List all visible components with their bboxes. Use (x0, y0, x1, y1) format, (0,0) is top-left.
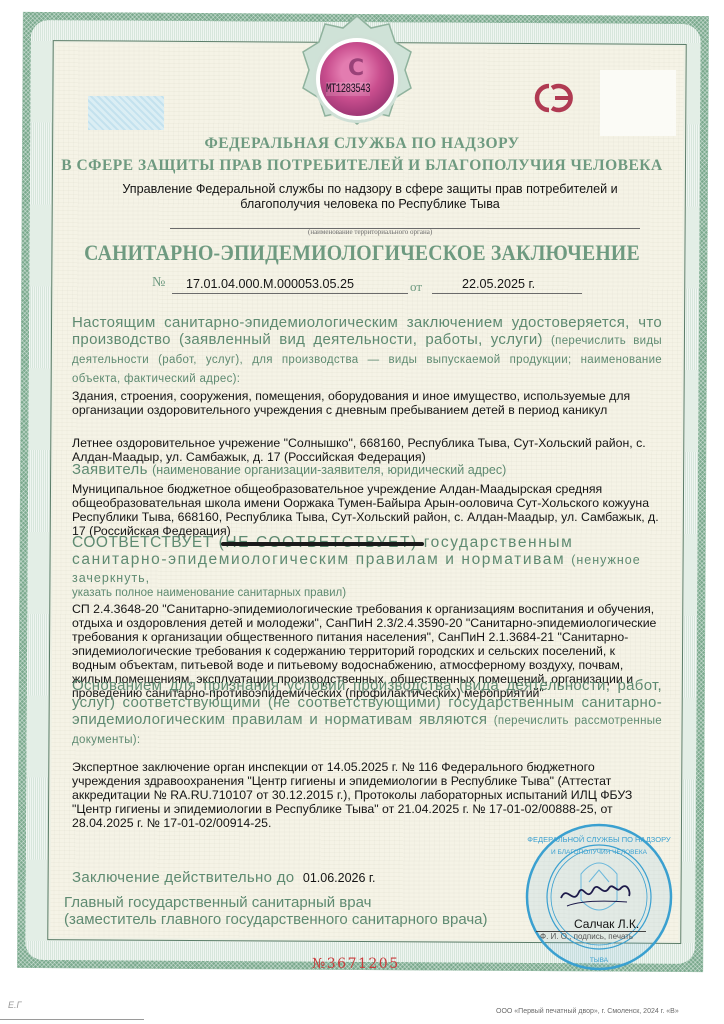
intro-section: Настоящим санитарно-эпидемиологическим з… (72, 314, 662, 464)
blank-patch (600, 70, 676, 136)
signatory-title: Главный государственный санитарный врач … (64, 894, 534, 928)
document-number-row: № 17.01.04.000.М.000053.05.25 от 22.05.2… (150, 275, 630, 295)
hologram-sticker: С MT1283543 (316, 38, 398, 120)
conformity-statement: СООТВЕТСТВУЕТ (НЕ СООТВЕТСТВУЕТ) государ… (72, 534, 662, 587)
applicant-section: Заявитель (наименование организации-заяв… (72, 461, 662, 538)
conformity-section: СООТВЕТСТВУЕТ (НЕ СООТВЕТСТВУЕТ) государ… (72, 534, 662, 700)
applicant-label-row: Заявитель (наименование организации-заяв… (72, 461, 662, 479)
conformity-hint: указать полное наименование санитарных п… (72, 587, 662, 599)
org-title-line2: В СФЕРЕ ЗАЩИТЫ ПРАВ ПОТРЕБИТЕЛЕЙ И БЛАГО… (0, 157, 724, 175)
printer-imprint: ООО «Первый печатный двор», г. Смоленск,… (496, 1008, 679, 1015)
form-serial-number: №3671205 (312, 956, 400, 972)
validity-date: 01.06.2026 г. (303, 871, 376, 885)
se-logo-icon (528, 80, 580, 116)
applicant-hint: (наименование организации-заявителя, юри… (152, 463, 506, 477)
applicant-label: Заявитель (72, 461, 148, 478)
document-date: 22.05.2025 г. (462, 277, 535, 291)
scan-edge-line (0, 1019, 144, 1020)
basis-lead: Основанием для признания условий произво… (72, 677, 662, 749)
svg-text:ТЫВА: ТЫВА (590, 957, 609, 964)
basis-documents: Экспертное заключение орган инспекции от… (72, 760, 662, 830)
hologram-serial: MT1283543 (326, 82, 370, 96)
validity-label: Заключение действительно до (72, 869, 294, 886)
document-number: 17.01.04.000.М.000053.05.25 (186, 277, 354, 291)
signatory-name: Салчак Л.К. (574, 917, 639, 931)
territorial-body: Управление Федеральной службы по надзору… (90, 182, 650, 212)
svg-text:ФЕДЕРАЛЬНОЙ СЛУЖБЫ ПО НАДЗОРУ: ФЕДЕРАЛЬНОЙ СЛУЖБЫ ПО НАДЗОРУ (527, 835, 671, 844)
svg-text:И БЛАГОПОЛУЧИЯ ЧЕЛОВЕКА: И БЛАГОПОЛУЧИЯ ЧЕЛОВЕКА (551, 849, 648, 856)
struck-non-conformity: НЕ СООТВЕТСТВУЕТ) (225, 534, 417, 551)
signatory-title-line2: (заместитель главного государственного с… (64, 911, 534, 928)
security-pattern-patch (88, 96, 164, 130)
activity-description: Здания, строения, сооружения, помещения,… (72, 389, 662, 417)
date-label: от (410, 279, 422, 295)
intro-lead: Настоящим санитарно-эпидемиологическим з… (72, 314, 662, 388)
signatory-title-line1: Главный государственный санитарный врач (64, 894, 534, 911)
validity-row: Заключение действительно до 01.06.2026 г… (72, 869, 472, 887)
applicant-value: Муниципальное бюджетное общеобразователь… (72, 482, 662, 538)
conformity-status: СООТВЕТСТВУЕТ (72, 534, 213, 551)
document-title: САНИТАРНО-ЭПИДЕМИОЛОГИЧЕСКОЕ ЗАКЛЮЧЕНИЕ (36, 240, 688, 266)
territorial-caption: (наименование территориального органа) (308, 228, 432, 236)
corner-handwritten-mark: Е.Г (8, 1000, 21, 1010)
number-label: № (152, 275, 165, 291)
hologram-c-icon: С (348, 56, 364, 81)
official-seal-icon: ФЕДЕРАЛЬНОЙ СЛУЖБЫ ПО НАДЗОРУ И БЛАГОПОЛ… (519, 822, 679, 972)
date-underline (432, 293, 582, 294)
object-address: Летнее оздоровительное учрежение "Солныш… (72, 436, 662, 464)
signature-underline (536, 931, 646, 932)
signature-caption: Ф. И. О., подпись, печать (540, 932, 633, 941)
org-title-line1: ФЕДЕРАЛЬНАЯ СЛУЖБА ПО НАДЗОРУ (0, 135, 724, 153)
number-underline (172, 293, 408, 294)
basis-section: Основанием для признания условий произво… (72, 677, 662, 830)
